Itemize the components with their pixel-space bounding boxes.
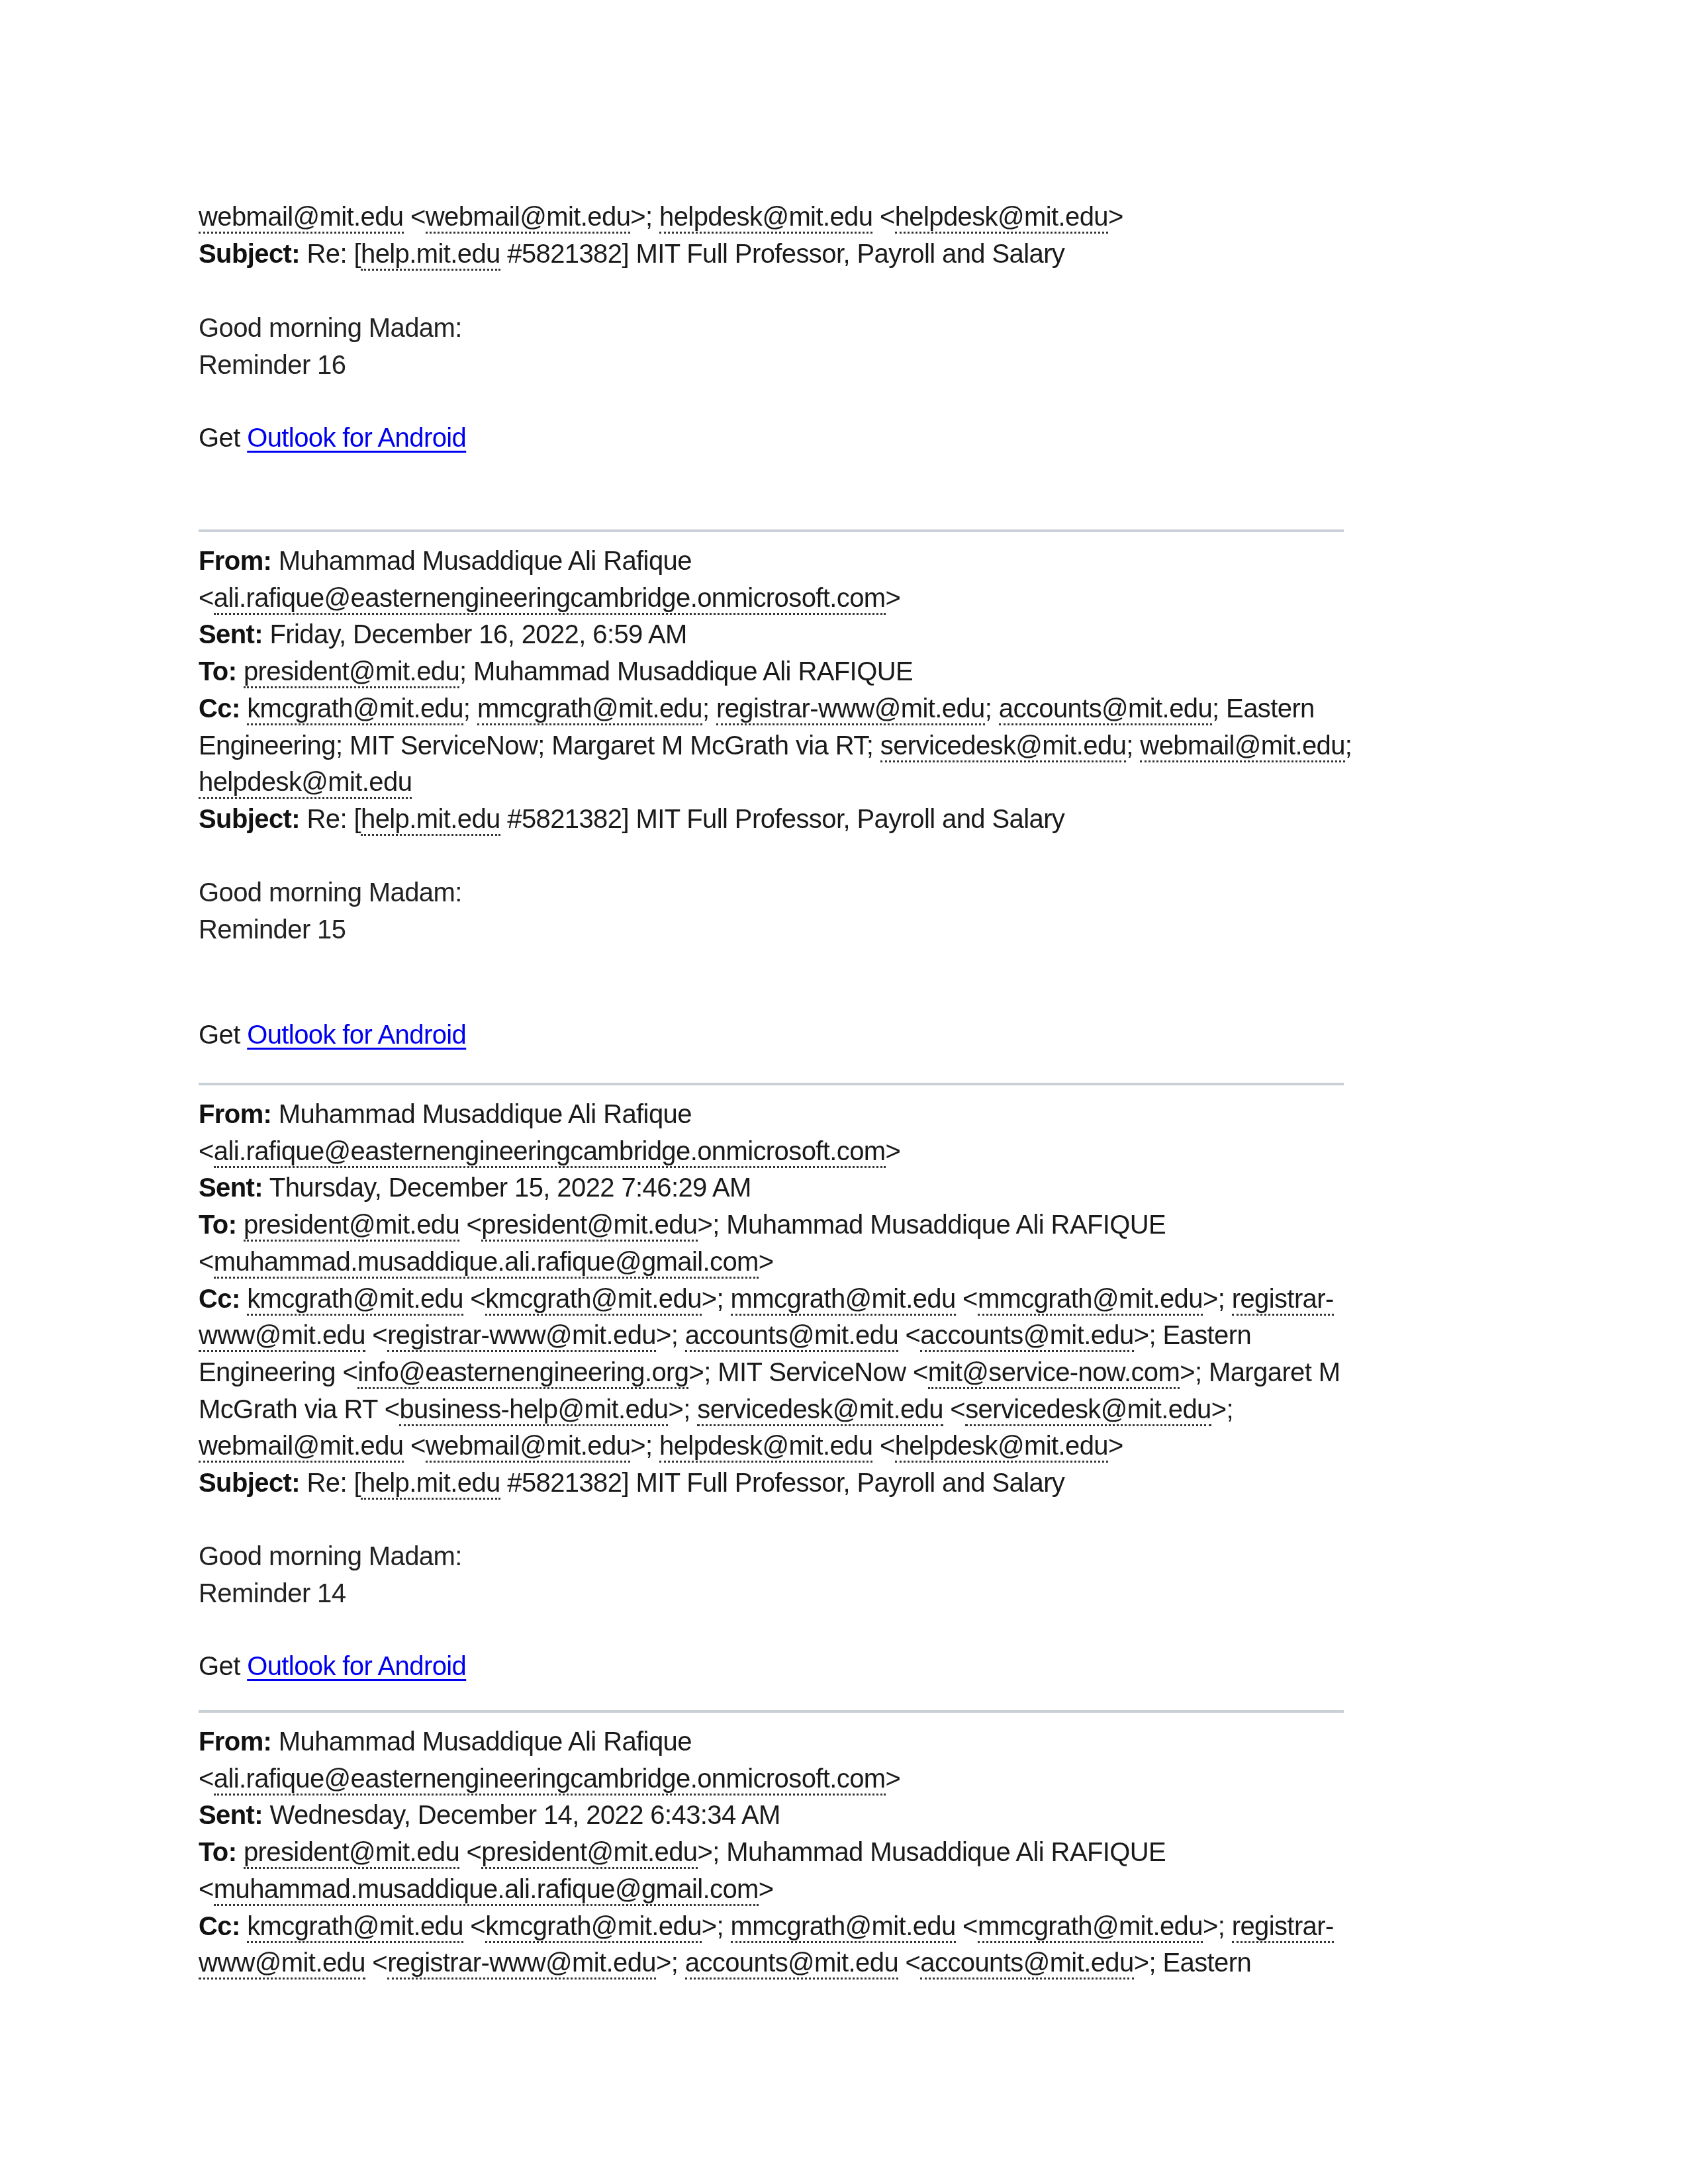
text-segment: ; — [702, 694, 716, 723]
from-line: From: Muhammad Musaddique Ali Rafique — [199, 543, 692, 580]
text-segment: ; — [985, 694, 999, 723]
text-segment — [240, 1912, 248, 1941]
email-address-link[interactable]: kmcgrath@mit.edu — [247, 1285, 463, 1316]
recipients-tail-line: webmail@mit.edu <webmail@mit.edu>; helpd… — [199, 199, 1123, 236]
to-line: <muhammad.musaddique.ali.rafique@gmail.c… — [199, 1244, 774, 1281]
outlook-for-android-link[interactable]: Outlook for Android — [247, 424, 466, 453]
cc-line: Cc: kmcgrath@mit.edu <kmcgrath@mit.edu>;… — [199, 1908, 1334, 1945]
text-segment: >; — [668, 1395, 697, 1424]
greeting-text: Good morning Madam: — [199, 1538, 462, 1575]
text-segment: >; — [630, 203, 659, 232]
subject-line: Subject: Re: [help.mit.edu #5821382] MIT… — [199, 801, 1064, 838]
text-segment: < — [365, 1321, 387, 1350]
text-segment: >; Muhammad Musaddique Ali RAFIQUE — [698, 1210, 1166, 1240]
text-segment: < — [956, 1912, 978, 1941]
cc-line: McGrath via RT <business-help@mit.edu>; … — [199, 1391, 1233, 1428]
subject-line: Subject: Re: [help.mit.edu #5821382] MIT… — [199, 1465, 1064, 1502]
text-segment: < — [199, 1875, 214, 1904]
to-label: To: — [199, 1838, 236, 1867]
email-address-link[interactable]: webmail@mit.edu — [426, 203, 631, 234]
cc-line: Engineering <info@easternengineering.org… — [199, 1354, 1340, 1391]
text-segment — [236, 657, 244, 686]
email-address-link[interactable]: accounts@mit.edu — [685, 1948, 898, 1979]
subject-line: Subject: Re: [help.mit.edu #5821382] MIT… — [199, 236, 1064, 273]
text-segment: < — [898, 1948, 920, 1978]
text-segment: < — [898, 1321, 920, 1350]
from-label: From: — [199, 1100, 271, 1129]
text-segment: >; Margaret M — [1180, 1358, 1340, 1387]
get-prefix: Get — [199, 1652, 247, 1681]
from-name: Muhammad Musaddique Ali Rafique — [271, 547, 692, 576]
cc-line: helpdesk@mit.edu — [199, 764, 412, 801]
email-address-link[interactable]: accounts@mit.edu — [920, 1321, 1133, 1352]
email-address-link[interactable]: muhammad.musaddique.ali.rafique@gmail.co… — [214, 1248, 759, 1279]
from-email-line: <ali.rafique@easternengineeringcambridge… — [199, 580, 900, 617]
email-address-link[interactable]: registrar- — [1232, 1285, 1334, 1316]
sent-label: Sent: — [199, 620, 263, 649]
email-address-link[interactable]: mmcgrath@mit.edu — [731, 1912, 956, 1943]
from-email-line: <ali.rafique@easternengineeringcambridge… — [199, 1133, 900, 1170]
sent-value: Wednesday, December 14, 2022 6:43:34 AM — [263, 1801, 780, 1830]
text-segment: ; — [1345, 731, 1352, 760]
cc-line: webmail@mit.edu <webmail@mit.edu>; helpd… — [199, 1428, 1123, 1465]
subject-text: Re: [ — [300, 1469, 361, 1498]
to-line: To: president@mit.edu <president@mit.edu… — [199, 1834, 1166, 1871]
subject-label: Subject: — [199, 1469, 300, 1498]
subject-text: Re: [ — [300, 240, 361, 269]
email-address-link[interactable]: info@easternengineering.org — [357, 1358, 688, 1389]
text-segment: < — [199, 584, 214, 613]
text-segment: < — [872, 203, 894, 232]
email-address-link[interactable]: mit@service-now.com — [928, 1358, 1180, 1389]
email-address-link[interactable]: mmcgrath@mit.edu — [978, 1912, 1203, 1943]
to-line: To: president@mit.edu; Muhammad Musaddiq… — [199, 653, 913, 690]
email-address-link[interactable]: kmcgrath@mit.edu — [485, 1285, 702, 1316]
email-address-link[interactable]: president@mit.edu — [244, 1210, 459, 1242]
email-address-link[interactable]: registrar- — [1232, 1912, 1334, 1943]
text-segment — [236, 1210, 244, 1240]
email-address-link[interactable]: helpdesk@mit.edu — [659, 203, 872, 234]
text-segment: < — [463, 1285, 485, 1314]
text-segment: < — [404, 203, 426, 232]
email-address-link[interactable]: muhammad.musaddique.ali.rafique@gmail.co… — [214, 1875, 759, 1906]
ticket-link[interactable]: help.mit.edu — [361, 805, 500, 836]
from-email-link[interactable]: ali.rafique@easternengineeringcambridge.… — [214, 584, 886, 615]
subject-text: #5821382] MIT Full Professor, Payroll an… — [500, 240, 1065, 269]
message-separator — [199, 529, 1344, 533]
outlook-footer: Get Outlook for Android — [199, 1017, 466, 1054]
email-address-link[interactable]: webmail@mit.edu — [199, 203, 404, 234]
email-address-link[interactable]: registrar-www@mit.edu — [387, 1948, 656, 1979]
email-address-link[interactable]: www@mit.edu — [199, 1321, 365, 1352]
cc-line: www@mit.edu <registrar-www@mit.edu>; acc… — [199, 1944, 1251, 1981]
email-address-link[interactable]: webmail@mit.edu — [426, 1432, 631, 1463]
outlook-footer: Get Outlook for Android — [199, 420, 466, 457]
from-line: From: Muhammad Musaddique Ali Rafique — [199, 1723, 692, 1760]
text-segment: ; — [463, 694, 477, 723]
sent-label: Sent: — [199, 1801, 263, 1830]
get-prefix: Get — [199, 424, 247, 453]
email-address-link[interactable]: president@mit.edu — [481, 1210, 697, 1242]
text-segment — [236, 1838, 244, 1867]
text-segment: > — [759, 1248, 774, 1277]
email-address-link[interactable]: registrar-www@mit.edu — [387, 1321, 656, 1352]
email-address-link[interactable]: helpdesk@mit.edu — [199, 768, 412, 799]
subject-text: Re: [ — [300, 805, 361, 834]
text-segment: < — [872, 1432, 894, 1461]
text-segment: > — [886, 584, 901, 613]
email-address-link[interactable]: kmcgrath@mit.edu — [247, 694, 463, 725]
greeting-text: Good morning Madam: — [199, 310, 462, 347]
email-address-link[interactable]: servicedesk@mit.edu — [697, 1395, 943, 1426]
text-segment: >; — [702, 1285, 731, 1314]
text-segment: < — [404, 1432, 426, 1461]
text-segment: < — [365, 1948, 387, 1978]
email-address-link[interactable]: webmail@mit.edu — [199, 1432, 404, 1463]
email-address-link[interactable]: mmcgrath@mit.edu — [477, 694, 702, 725]
email-address-link[interactable]: registrar-www@mit.edu — [716, 694, 985, 725]
subject-text: #5821382] MIT Full Professor, Payroll an… — [500, 1469, 1065, 1498]
from-name: Muhammad Musaddique Ali Rafique — [271, 1100, 692, 1129]
email-address-link[interactable]: helpdesk@mit.edu — [895, 203, 1108, 234]
get-prefix: Get — [199, 1021, 247, 1050]
text-segment: < — [956, 1285, 978, 1314]
from-name: Muhammad Musaddique Ali Rafique — [271, 1727, 692, 1756]
greeting-text: Good morning Madam: — [199, 874, 462, 911]
text-segment: > — [759, 1875, 774, 1904]
outlook-footer: Get Outlook for Android — [199, 1648, 466, 1685]
text-segment — [240, 1285, 248, 1314]
text-segment: < — [463, 1912, 485, 1941]
from-email-link[interactable]: ali.rafique@easternengineeringcambridge.… — [214, 1137, 886, 1168]
email-address-link[interactable]: accounts@mit.edu — [685, 1321, 898, 1352]
email-address-link[interactable]: president@mit.edu — [244, 657, 459, 688]
cc-label: Cc: — [199, 1285, 240, 1314]
cc-line: Engineering; MIT ServiceNow; Margaret M … — [199, 727, 1352, 764]
text-segment: McGrath via RT < — [199, 1395, 399, 1424]
text-segment: > — [1108, 203, 1123, 232]
text-segment: >; — [1211, 1395, 1233, 1424]
sent-line: Sent: Wednesday, December 14, 2022 6:43:… — [199, 1797, 780, 1834]
text-segment: Engineering; MIT ServiceNow; Margaret M … — [199, 731, 880, 760]
reminder-text: Reminder 16 — [199, 347, 346, 384]
from-email-link[interactable]: ali.rafique@easternengineeringcambridge.… — [214, 1764, 886, 1796]
text-segment: < — [459, 1210, 481, 1240]
to-label: To: — [199, 657, 236, 686]
reminder-text: Reminder 15 — [199, 911, 346, 948]
from-line: From: Muhammad Musaddique Ali Rafique — [199, 1096, 692, 1133]
sent-label: Sent: — [199, 1173, 263, 1203]
email-address-link[interactable]: kmcgrath@mit.edu — [247, 1912, 463, 1943]
text-segment: Engineering < — [199, 1358, 357, 1387]
message-separator — [199, 1710, 1344, 1714]
text-segment — [240, 694, 248, 723]
text-segment: >; MIT ServiceNow < — [688, 1358, 927, 1387]
email-address-link[interactable]: president@mit.edu — [244, 1838, 459, 1869]
cc-line: Cc: kmcgrath@mit.edu; mmcgrath@mit.edu; … — [199, 690, 1315, 727]
email-address-link[interactable]: kmcgrath@mit.edu — [485, 1912, 702, 1943]
subject-label: Subject: — [199, 805, 300, 834]
to-line: <muhammad.musaddique.ali.rafique@gmail.c… — [199, 1871, 774, 1908]
email-address-link[interactable]: helpdesk@mit.edu — [659, 1432, 872, 1463]
text-segment: < — [943, 1395, 965, 1424]
from-label: From: — [199, 1727, 271, 1756]
from-label: From: — [199, 547, 271, 576]
text-segment: ; — [1126, 731, 1140, 760]
text-segment: < — [199, 1248, 214, 1277]
text-segment: >; — [656, 1948, 685, 1978]
email-address-link[interactable]: president@mit.edu — [481, 1838, 697, 1869]
text-segment: >; Eastern — [1134, 1321, 1251, 1350]
outlook-for-android-link[interactable]: Outlook for Android — [247, 1021, 466, 1050]
email-address-link[interactable]: helpdesk@mit.edu — [895, 1432, 1108, 1463]
text-segment: ; Eastern — [1212, 694, 1315, 723]
to-line: To: president@mit.edu <president@mit.edu… — [199, 1206, 1166, 1244]
email-address-link[interactable]: mmcgrath@mit.edu — [978, 1285, 1203, 1316]
cc-label: Cc: — [199, 1912, 240, 1941]
email-address-link[interactable]: servicedesk@mit.edu — [880, 731, 1127, 762]
message-separator — [199, 1083, 1344, 1087]
to-label: To: — [199, 1210, 236, 1240]
text-segment: < — [459, 1838, 481, 1867]
from-email-line: <ali.rafique@easternengineeringcambridge… — [199, 1760, 900, 1797]
subject-text: #5821382] MIT Full Professor, Payroll an… — [500, 805, 1065, 834]
text-segment: > — [1108, 1432, 1123, 1461]
ticket-link[interactable]: help.mit.edu — [361, 1469, 500, 1500]
subject-label: Subject: — [199, 240, 300, 269]
cc-line: Cc: kmcgrath@mit.edu <kmcgrath@mit.edu>;… — [199, 1281, 1334, 1318]
text-segment: >; — [656, 1321, 685, 1350]
email-address-link[interactable]: servicedesk@mit.edu — [965, 1395, 1211, 1426]
text-segment: > — [886, 1137, 901, 1166]
reminder-text: Reminder 14 — [199, 1575, 346, 1612]
sent-line: Sent: Thursday, December 15, 2022 7:46:2… — [199, 1169, 751, 1206]
email-address-link[interactable]: webmail@mit.edu — [1140, 731, 1345, 762]
cc-label: Cc: — [199, 694, 240, 723]
email-address-link[interactable]: mmcgrath@mit.edu — [731, 1285, 956, 1316]
outlook-for-android-link[interactable]: Outlook for Android — [247, 1652, 466, 1681]
text-segment: < — [199, 1764, 214, 1794]
text-segment: >; Muhammad Musaddique Ali RAFIQUE — [698, 1838, 1166, 1867]
text-segment: >; — [630, 1432, 659, 1461]
email-address-link[interactable]: business-help@mit.edu — [399, 1395, 668, 1426]
email-address-link[interactable]: accounts@mit.edu — [920, 1948, 1133, 1979]
sent-value: Thursday, December 15, 2022 7:46:29 AM — [263, 1173, 751, 1203]
text-segment: >; Eastern — [1134, 1948, 1251, 1978]
text-segment: < — [199, 1137, 214, 1166]
sent-value: Friday, December 16, 2022, 6:59 AM — [263, 620, 687, 649]
sent-line: Sent: Friday, December 16, 2022, 6:59 AM — [199, 616, 687, 653]
ticket-link[interactable]: help.mit.edu — [361, 240, 500, 271]
email-address-link[interactable]: www@mit.edu — [199, 1948, 365, 1979]
email-address-link[interactable]: accounts@mit.edu — [999, 694, 1212, 725]
text-segment: >; — [1203, 1285, 1232, 1314]
text-segment: >; — [702, 1912, 731, 1941]
text-segment: > — [886, 1764, 901, 1794]
text-segment: ; Muhammad Musaddique Ali RAFIQUE — [459, 657, 913, 686]
text-segment: >; — [1203, 1912, 1232, 1941]
cc-line: www@mit.edu <registrar-www@mit.edu>; acc… — [199, 1317, 1251, 1354]
